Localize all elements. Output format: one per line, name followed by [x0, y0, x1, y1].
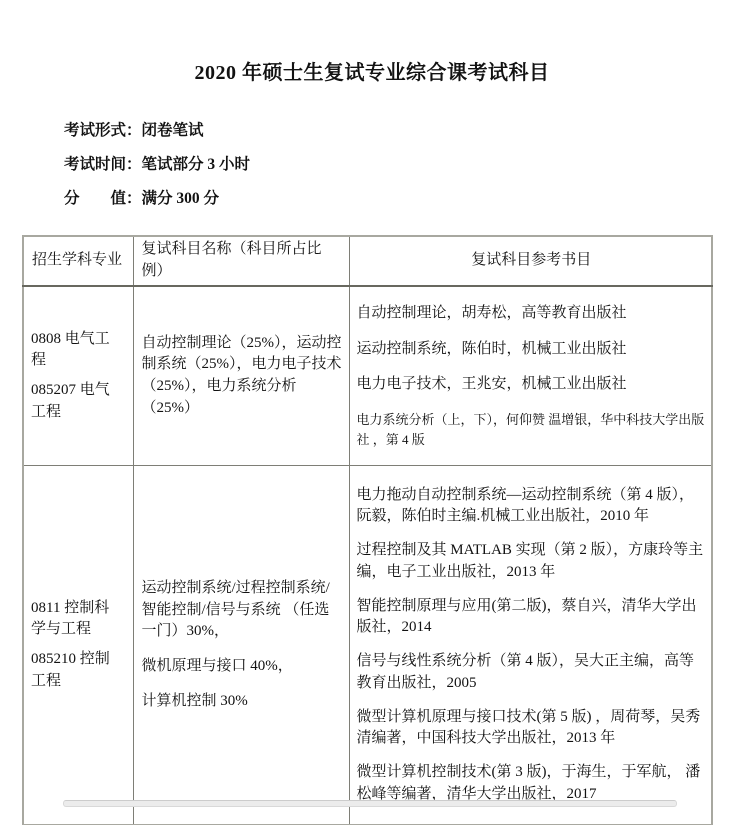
table-header-row: 招生学科专业 复试科目名称（科目所占比例） 复试科目参考书目	[23, 236, 712, 286]
exam-form-label: 考试形式：	[64, 122, 142, 139]
exam-subjects-table: 招生学科专业 复试科目名称（科目所占比例） 复试科目参考书目 0808 电气工程…	[22, 235, 713, 825]
cell-paragraph: 自动控制理论（25%），运动控制系统（25%），电力电子技术（25%），电力系统…	[142, 333, 343, 420]
cell-major-electrical: 0808 电气工程085207 电气工程	[23, 286, 133, 466]
exam-time-label: 考试时间：	[64, 156, 142, 173]
exam-info-block: 考试形式：闭卷笔试 考试时间：笔试部分 3 小时 分 值：满分 300 分	[64, 121, 744, 209]
cell-paragraph: 计算机控制 30%	[142, 691, 343, 713]
cell-paragraph: 085210 控制工程	[31, 649, 119, 693]
cell-paragraph: 过程控制及其 MATLAB 实现（第 2 版），方康玲等主编，电子工业出版社，2…	[357, 540, 708, 584]
cell-paragraph: 运动控制系统，陈伯时，机械工业出版社	[357, 339, 708, 361]
exam-form-line: 考试形式：闭卷笔试	[64, 121, 744, 141]
cell-paragraph: 信号与线性系统分析（第 4 版），吴大正主编，高等教育出版社，2005	[357, 651, 708, 695]
exam-score-line: 分 值：满分 300 分	[64, 189, 744, 209]
cell-books-electrical: 自动控制理论，胡寿松，高等教育出版社运动控制系统，陈伯时，机械工业出版社电力电子…	[349, 286, 712, 466]
exam-time-line: 考试时间：笔试部分 3 小时	[64, 155, 744, 175]
cell-paragraph: 智能控制原理与应用(第二版)，蔡自兴，清华大学出版社，2014	[357, 596, 708, 640]
table-row: 0808 电气工程085207 电气工程 自动控制理论（25%），运动控制系统（…	[23, 286, 712, 466]
cell-paragraph: 085207 电气工程	[31, 380, 119, 424]
cell-paragraph: 电力电子技术，王兆安，机械工业出版社	[357, 374, 708, 396]
header-major: 招生学科专业	[23, 236, 133, 286]
header-books: 复试科目参考书目	[349, 236, 712, 286]
cell-paragraph: 电力系统分析（上，下），何仰赞 温增银，华中科技大学出版社 ，第 4 版	[357, 410, 708, 449]
cell-paragraph: 微型计算机原理与接口技术(第 5 版) ，周荷琴，吴秀清编著，中国科技大学出版社…	[357, 707, 708, 751]
exam-time-value: 笔试部分 3 小时	[142, 156, 251, 173]
horizontal-scrollbar[interactable]	[63, 800, 677, 807]
cell-paragraph: 运动控制系统/过程控制系统/智能控制/信号与系统 （任选一门）30%，	[142, 578, 343, 643]
cell-paragraph: 微机原理与接口 40%，	[142, 656, 343, 678]
exam-form-value: 闭卷笔试	[142, 122, 204, 139]
table-row: 0811 控制科学与工程085210 控制工程 运动控制系统/过程控制系统/智能…	[23, 466, 712, 825]
cell-major-control: 0811 控制科学与工程085210 控制工程	[23, 466, 133, 825]
header-subjects: 复试科目名称（科目所占比例）	[133, 236, 349, 286]
cell-subjects-electrical: 自动控制理论（25%），运动控制系统（25%），电力电子技术（25%），电力系统…	[133, 286, 349, 466]
cell-paragraph: 0811 控制科学与工程	[31, 598, 119, 642]
cell-paragraph: 电力拖动自动控制系统—运动控制系统（第 4 版），阮毅，陈伯时主编.机械工业出版…	[357, 485, 708, 529]
cell-books-control: 电力拖动自动控制系统—运动控制系统（第 4 版），阮毅，陈伯时主编.机械工业出版…	[349, 466, 712, 825]
cell-paragraph: 自动控制理论，胡寿松，高等教育出版社	[357, 303, 708, 325]
exam-score-value: 满分 300 分	[142, 190, 220, 207]
cell-subjects-control: 运动控制系统/过程控制系统/智能控制/信号与系统 （任选一门）30%，微机原理与…	[133, 466, 349, 825]
page-title: 2020 年硕士生复试专业综合课考试科目	[0, 0, 744, 85]
cell-paragraph: 0808 电气工程	[31, 329, 119, 373]
document-page: 2020 年硕士生复试专业综合课考试科目 考试形式：闭卷笔试 考试时间：笔试部分…	[0, 0, 744, 825]
exam-score-label: 分 值：	[64, 190, 142, 207]
